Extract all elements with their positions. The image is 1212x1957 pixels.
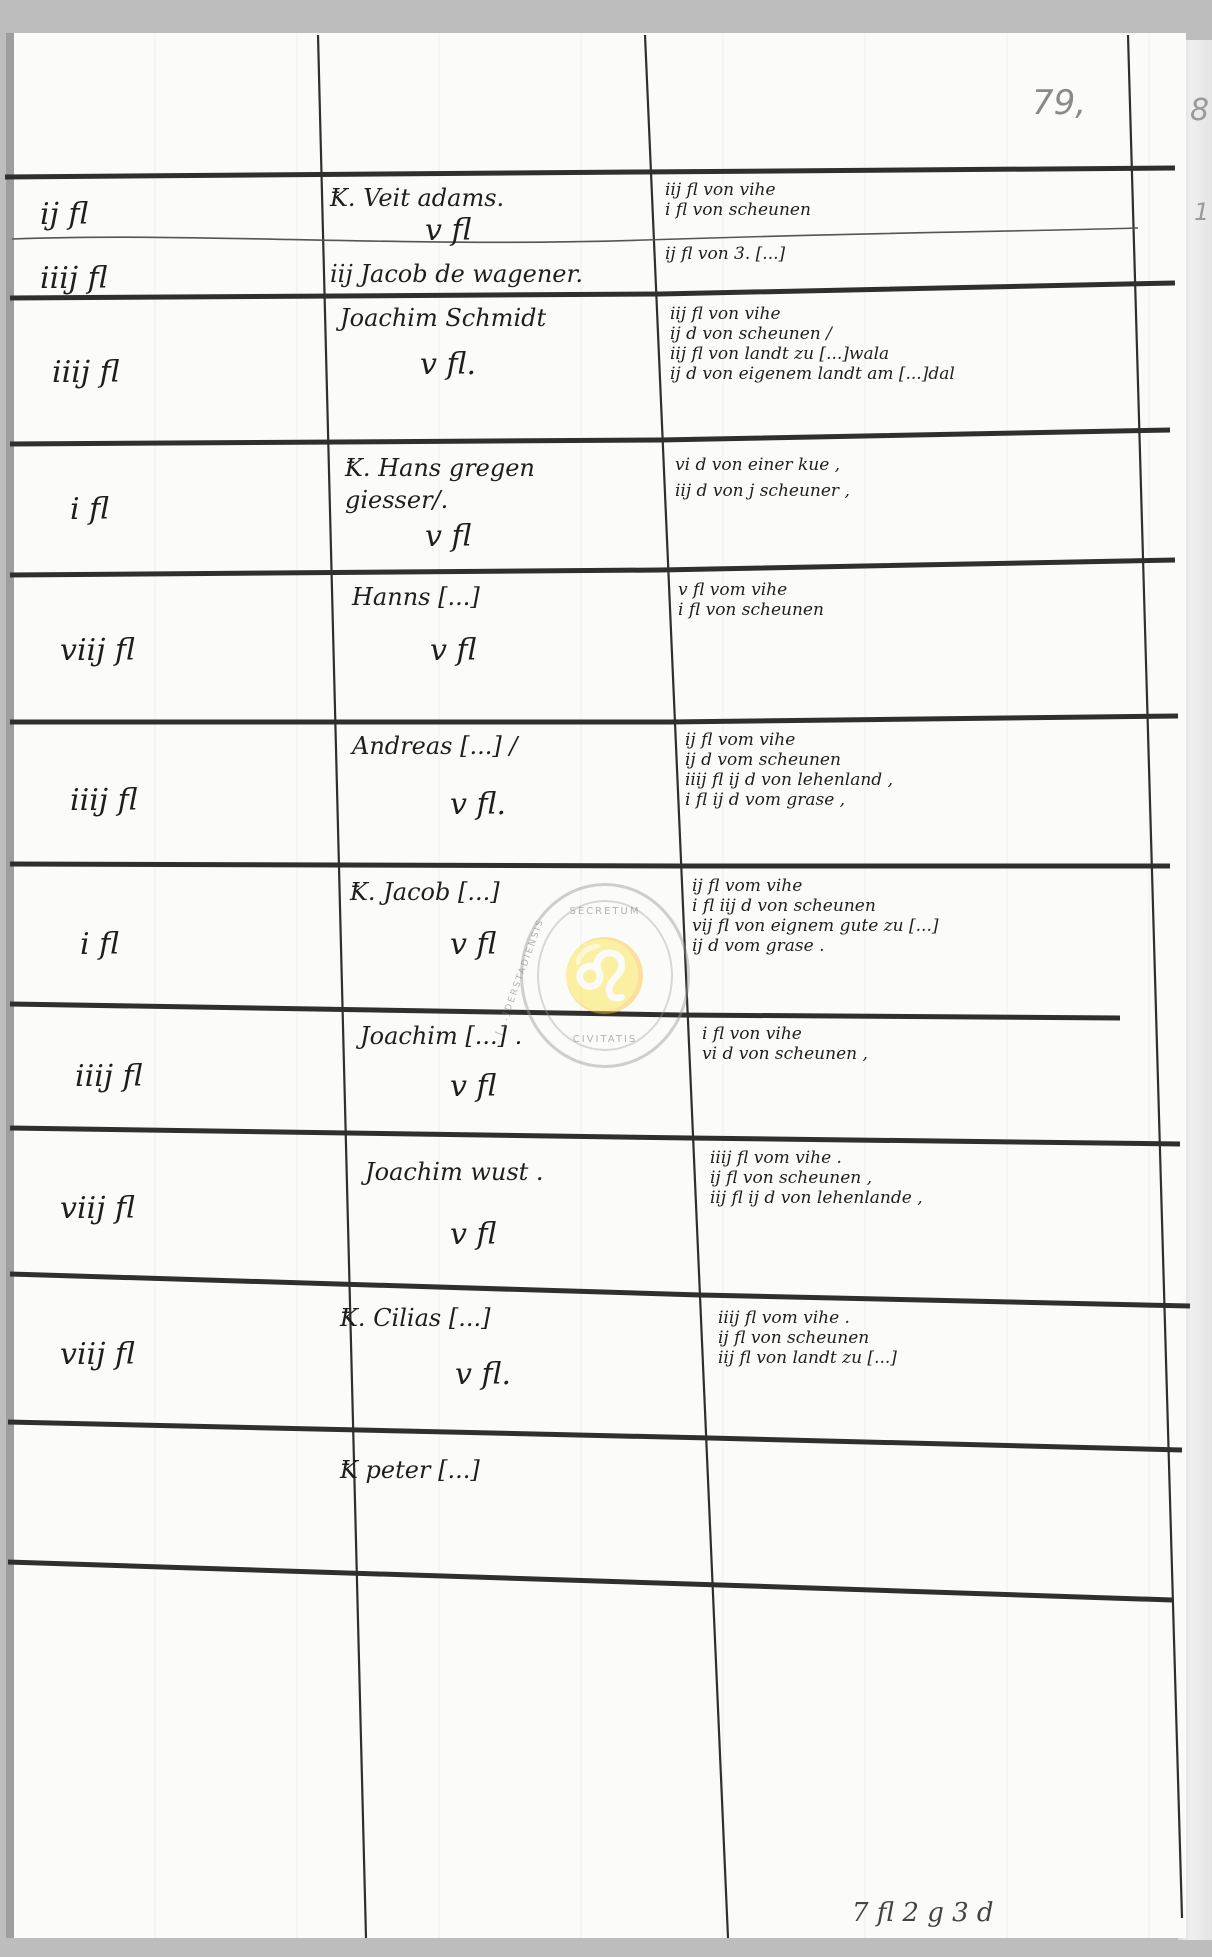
entry-line: ij fl vom vihe	[692, 876, 938, 896]
entry-line: iiij fl ij d von lehenland ,	[685, 770, 893, 790]
row-payment: v fl	[425, 522, 472, 552]
row-entries: vi d von einer kue , iij d von j scheune…	[675, 452, 850, 504]
row-entries: iij fl von vihe i fl von scheunen	[665, 180, 811, 220]
row-payment: v fl	[450, 1072, 497, 1102]
row-payment: v fl.	[450, 790, 506, 820]
row-entries: ij fl von 3. [...]	[665, 244, 785, 264]
entry-line: iij fl von vihe	[665, 180, 811, 200]
row-rule	[10, 560, 1175, 575]
row-name: Ꝁ peter [...]	[340, 1458, 480, 1482]
row-entries: i fl von vihe vi d von scheunen ,	[702, 1024, 868, 1064]
seal-text-bottom: CIVITATIS	[523, 1034, 687, 1045]
entry-line: ij fl von scheunen	[718, 1328, 897, 1348]
entry-line: ij d von scheunen /	[670, 324, 955, 344]
entry-line: vi d von scheunen ,	[702, 1044, 868, 1064]
row-payment: v fl	[425, 216, 472, 246]
row-entries: v fl vom vihe i fl von scheunen	[678, 580, 824, 620]
entry-line: iiij fl vom vihe .	[710, 1148, 923, 1168]
entry-line: ij d vom scheunen	[685, 750, 893, 770]
entry-line: i fl iij d von scheunen	[692, 896, 938, 916]
row-left-amount: iiij fl	[75, 1062, 143, 1092]
row-rule	[10, 1274, 1190, 1306]
entry-line: ij fl von 3. [...]	[665, 244, 785, 264]
adjacent-page-mark: 1	[1194, 200, 1209, 224]
adjacent-page-mark: 8	[1190, 96, 1209, 126]
row-rule	[8, 1422, 1182, 1450]
row-rule	[10, 1128, 1180, 1144]
lion-emblem-icon: ♌	[561, 934, 648, 1017]
row-payment: v fl	[430, 636, 477, 666]
row-name: Andreas [...] /	[352, 734, 517, 758]
entry-line: vij fl von eignem gute zu [...]	[692, 916, 938, 936]
row-payment: v fl	[450, 1220, 497, 1250]
entry-line: iij fl von landt zu [...]wala	[670, 344, 955, 364]
row-entries: iiij fl vom vihe . ij fl von scheunen , …	[710, 1148, 923, 1208]
row-left-amount: i fl	[80, 930, 119, 960]
row-left-amount: viij fl	[60, 1340, 135, 1370]
entry-line: ij d vom grase .	[692, 936, 938, 956]
row-entries: iiij fl vom vihe . ij fl von scheunen ii…	[718, 1308, 897, 1368]
entry-line: v fl vom vihe	[678, 580, 824, 600]
column-rule-right	[1128, 35, 1182, 1918]
row-entries: iij fl von vihe ij d von scheunen / iij …	[670, 304, 955, 384]
entry-line: i fl von scheunen	[665, 200, 811, 220]
row-name: Joachim [...] .	[360, 1024, 522, 1048]
entry-line: i fl ij d vom grase ,	[685, 790, 893, 810]
row-rule	[12, 228, 1138, 242]
entry-line: iij d von j scheuner ,	[675, 478, 850, 504]
row-rule	[10, 716, 1178, 722]
row-entries: ij fl vom vihe ij d vom scheunen iiij fl…	[685, 730, 893, 810]
row-left-amount: viij fl	[60, 636, 135, 666]
row-name: iij Jacob de wagener.	[330, 262, 583, 286]
row-name: Ꝁ. Jacob [...]	[350, 880, 500, 904]
row-left-amount: iiij fl	[52, 358, 120, 388]
row-name: Joachim Schmidt	[340, 306, 546, 330]
row-name: Ꝁ. Cilias [...]	[340, 1306, 490, 1330]
row-name: Ꝁ. Veit adams.	[330, 186, 504, 210]
row-left-amount: ij fl	[40, 200, 88, 230]
entry-line: iij fl ij d von lehenlande ,	[710, 1188, 923, 1208]
row-left-amount: iiij fl	[70, 786, 138, 816]
row-left-amount: i fl	[70, 495, 109, 525]
entry-line: iij fl von landt zu [...]	[718, 1348, 897, 1368]
row-name: Ꝁ. Hans gregen giesser/.	[345, 452, 605, 516]
row-left-amount: iiij fl	[40, 264, 108, 294]
row-payment: v fl.	[420, 350, 476, 380]
entry-line: ij fl von scheunen ,	[710, 1168, 923, 1188]
row-name: Joachim wust .	[365, 1160, 544, 1184]
row-entries: ij fl vom vihe i fl iij d von scheunen v…	[692, 876, 938, 956]
row-left-amount: viij fl	[60, 1194, 135, 1224]
row-rule	[10, 283, 1175, 298]
row-payment: v fl.	[455, 1360, 511, 1390]
archive-seal-stamp: SECRETUM CIVITATIS [...]DERSTADIENSIS ♌	[520, 883, 690, 1068]
entry-line: ij fl vom vihe	[685, 730, 893, 750]
row-rule	[10, 430, 1170, 444]
row-rule	[5, 168, 1175, 177]
folio-number: 79,	[1032, 86, 1086, 120]
page-total: 7 fl 2 g 3 d	[852, 1900, 994, 1926]
seal-text-top: SECRETUM	[523, 906, 687, 917]
row-rule	[8, 1562, 1172, 1600]
entry-line: i fl von vihe	[702, 1024, 868, 1044]
entry-line: i fl von scheunen	[678, 600, 824, 620]
row-rule	[10, 864, 1170, 866]
entry-line: ij d von eigenem landt am [...]dal	[670, 364, 955, 384]
entry-line: iij fl von vihe	[670, 304, 955, 324]
entry-line: vi d von einer kue ,	[675, 452, 850, 478]
row-name: Hanns [...]	[352, 585, 480, 609]
row-payment: v fl	[450, 930, 497, 960]
entry-line: iiij fl vom vihe .	[718, 1308, 897, 1328]
